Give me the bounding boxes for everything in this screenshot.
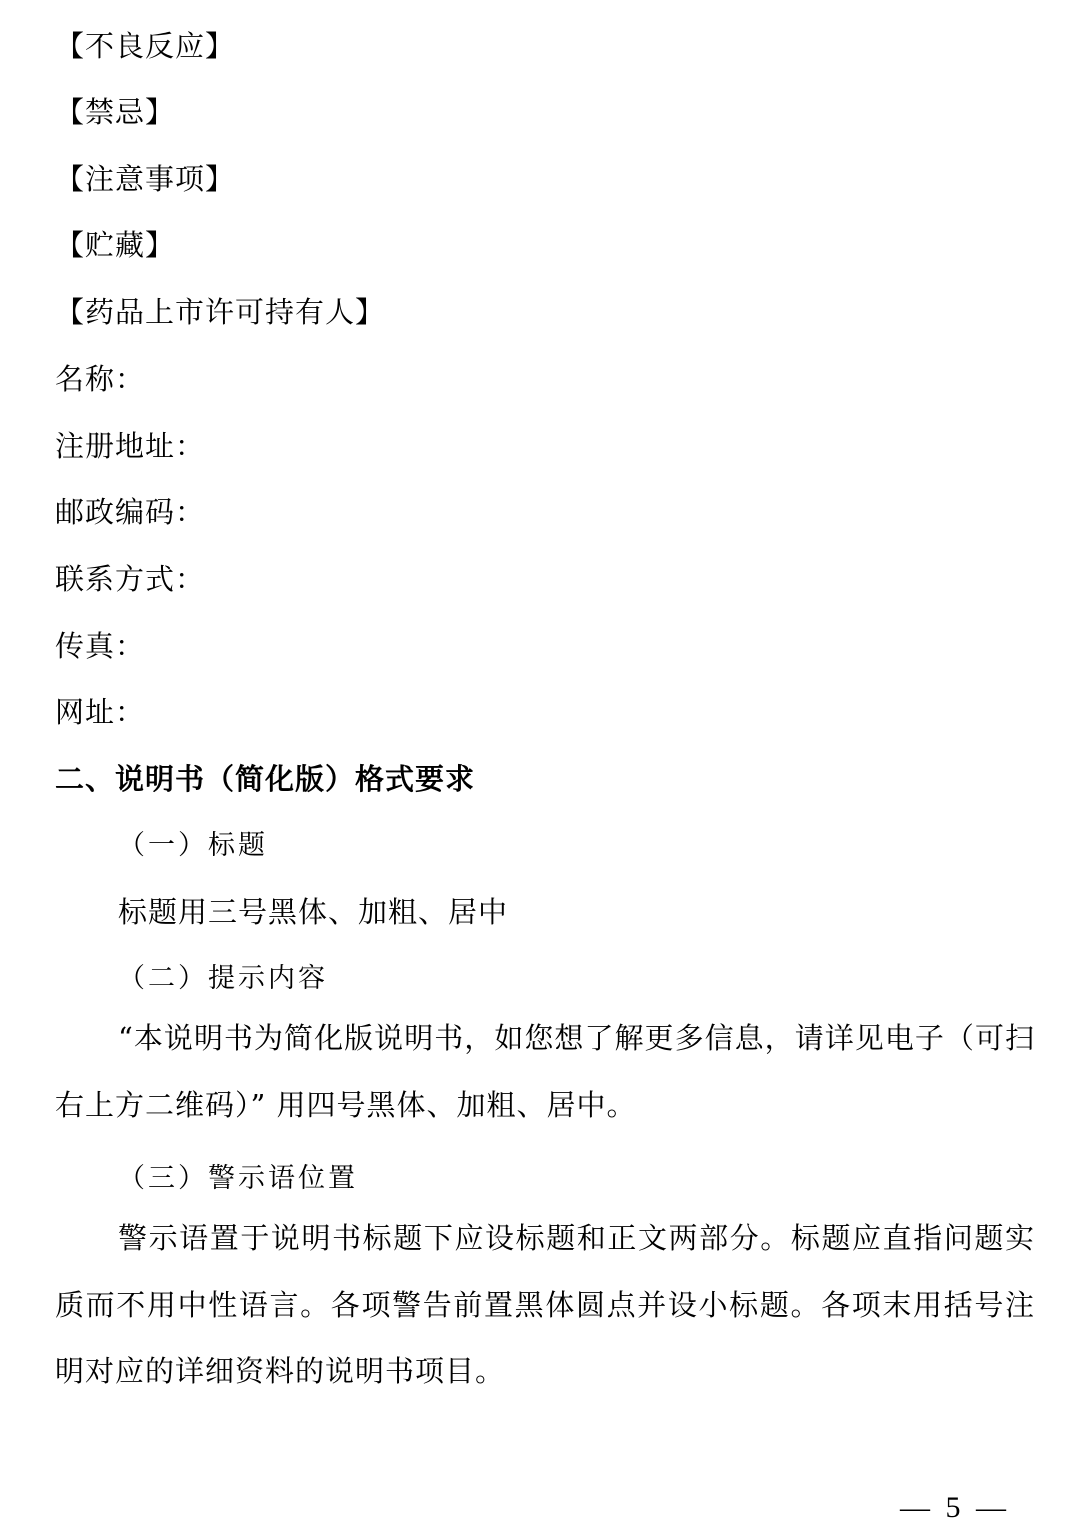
subsection-title-body: 标题用三号黑体、加粗、居中 [118,892,508,932]
page-number: — 5 — [900,1488,1010,1528]
holder-field-name: 名称： [55,359,145,399]
subsection-warning-body: 警示语置于说明书标题下应设标题和正文两部分。标题应直指问题实质而不用中性语言。各… [55,1205,1035,1405]
section-heading-storage: 【贮藏】 [55,225,175,265]
holder-field-registered-address: 注册地址： [55,426,205,466]
holder-field-contact: 联系方式： [55,559,205,599]
section-two-heading: 二、说明书（简化版）格式要求 [55,759,475,799]
subsection-warning-heading: （三）警示语位置 [118,1159,358,1199]
section-heading-marketing-authorization-holder: 【药品上市许可持有人】 [55,292,385,332]
section-heading-contraindications: 【禁忌】 [55,92,175,132]
holder-field-fax: 传真： [55,626,145,666]
holder-field-website: 网址： [55,692,145,732]
holder-field-postal-code: 邮政编码： [55,492,205,532]
section-heading-precautions: 【注意事项】 [55,159,235,199]
section-heading-adverse-reactions: 【不良反应】 [55,26,235,66]
subsection-notice-body: “本说明书为简化版说明书，如您想了解更多信息，请详见电子（可扫右上方二维码）” … [55,1005,1035,1138]
subsection-title-heading: （一）标题 [118,826,268,866]
subsection-notice-heading: （二）提示内容 [118,959,328,999]
